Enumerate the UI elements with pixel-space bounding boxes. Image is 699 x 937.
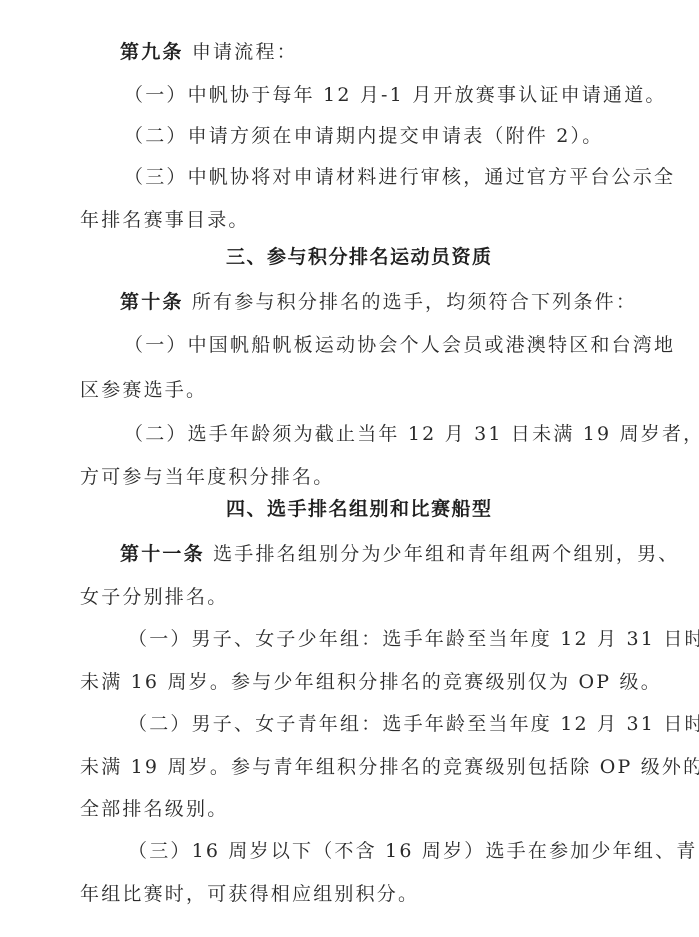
document-page: 第九条 申请流程： （一）中帆协于每年 12 月-1 月开放赛事认证申请通道。 … xyxy=(0,0,699,937)
article-9-label: 第九条 xyxy=(120,41,184,63)
article-10-item-1-cont: 区参赛选手。 xyxy=(80,378,207,402)
article-10-line: 第十条 所有参与积分排名的选手，均须符合下列条件： xyxy=(120,290,637,314)
article-11-title-cont: 女子分别排名。 xyxy=(80,585,228,609)
article-10-item-2-cont: 方可参与当年度积分排名。 xyxy=(80,465,334,489)
article-10-item-1: （一）中国帆船帆板运动协会个人会员或港澳特区和台湾地 xyxy=(124,333,675,357)
article-11-item-1-cont: 未满 16 周岁。参与少年组积分排名的竞赛级别仅为 OP 级。 xyxy=(80,670,662,694)
article-9-item-3-cont: 年排名赛事目录。 xyxy=(80,208,250,232)
article-11-title: 选手排名组别分为少年组和青年组两个组别，男、 xyxy=(213,543,679,565)
article-11-label: 第十一条 xyxy=(120,543,205,565)
article-11-line: 第十一条 选手排名组别分为少年组和青年组两个组别，男、 xyxy=(120,542,679,566)
article-10-label: 第十条 xyxy=(120,291,184,313)
article-9-item-2: （二）申请方须在申请期内提交申请表（附件 2）。 xyxy=(124,124,603,148)
article-11-item-3-cont: 年组比赛时，可获得相应组别积分。 xyxy=(80,882,419,906)
article-11-item-1: （一）男子、女子少年组：选手年龄至当年度 12 月 31 日时 xyxy=(128,627,699,651)
section-3-heading: 三、参与积分排名运动员资质 xyxy=(226,245,493,269)
article-10-item-2: （二）选手年龄须为截止当年 12 月 31 日未满 19 周岁者， xyxy=(124,422,699,446)
article-11-item-2-cont2: 全部排名级别。 xyxy=(80,797,228,821)
article-10-title: 所有参与积分排名的选手，均须符合下列条件： xyxy=(192,291,637,313)
section-4-heading: 四、选手排名组别和比赛船型 xyxy=(226,497,493,521)
article-11-item-3: （三）16 周岁以下（不含 16 周岁）选手在参加少年组、青 xyxy=(128,839,697,863)
article-11-item-2-cont: 未满 19 周岁。参与青年组积分排名的竞赛级别包括除 OP 级外的 xyxy=(80,755,699,779)
article-11-item-2: （二）男子、女子青年组：选手年龄至当年度 12 月 31 日时 xyxy=(128,712,699,736)
article-9-title: 申请流程： xyxy=(192,41,298,63)
article-9-line: 第九条 申请流程： xyxy=(120,40,298,64)
article-9-item-3: （三）中帆协将对申请材料进行审核，通过官方平台公示全 xyxy=(124,165,675,189)
article-9-item-1: （一）中帆协于每年 12 月-1 月开放赛事认证申请通道。 xyxy=(124,83,667,107)
